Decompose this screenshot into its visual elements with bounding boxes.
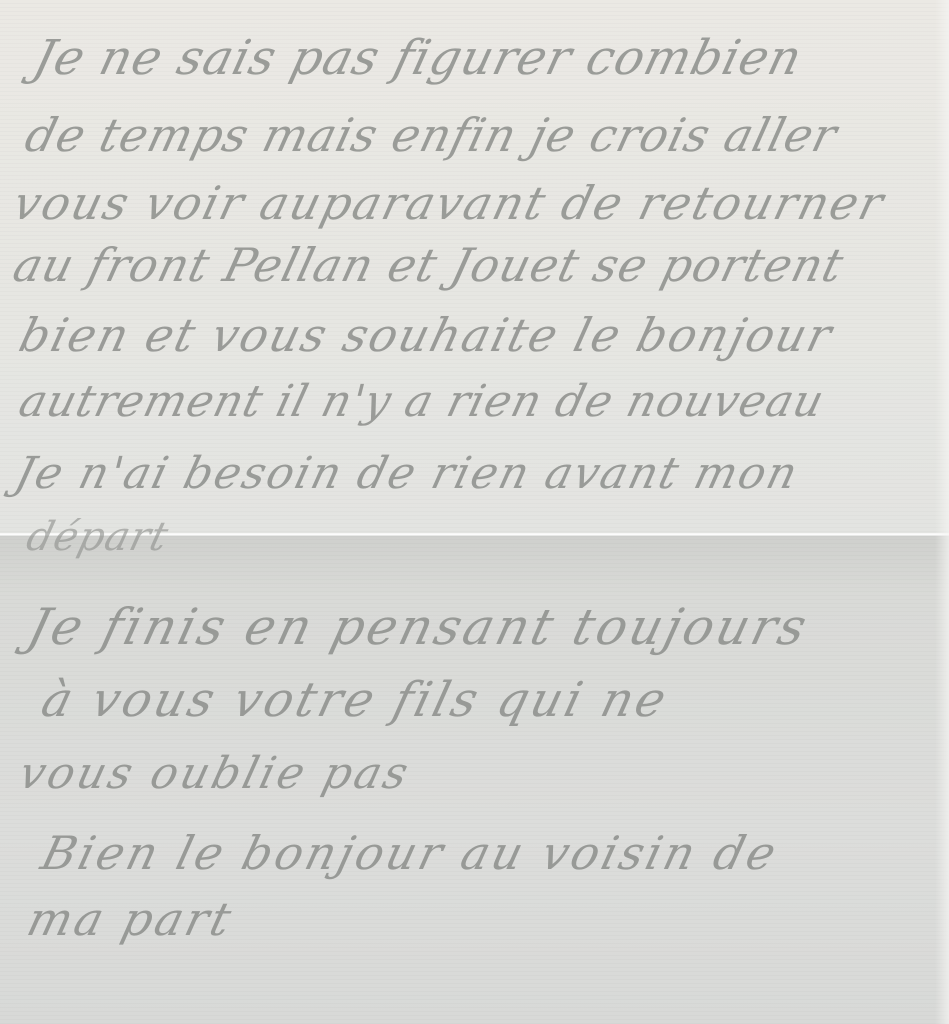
letter-line-5: bien et vous souhaite le bonjour	[14, 308, 839, 362]
letter-line-13: ma part	[22, 892, 239, 946]
letter-line-7: Je n'ai besoin de rien avant mon	[10, 448, 804, 499]
letter-line-12: Bien le bonjour au voisin de	[36, 826, 784, 880]
letter-line-2: de temps mais enfin je crois aller	[20, 108, 843, 162]
paper-edge	[935, 0, 949, 1024]
letter-line-9: Je finis en pensant toujours	[22, 598, 815, 656]
letter-line-11: vous oublie pas	[14, 748, 416, 799]
letter-line-10: à vous votre fils qui ne	[36, 672, 675, 728]
letter-page: Je ne sais pas figurer combien de temps …	[0, 0, 949, 1024]
letter-line-1: Je ne sais pas figurer combien	[28, 30, 808, 86]
letter-line-8: départ	[22, 514, 173, 560]
letter-line-3: vous voir auparavant de retourner	[8, 176, 891, 230]
letter-line-4: au front Pellan et Jouet se portent	[8, 238, 850, 292]
letter-line-6: autrement il n'y a rien de nouveau	[14, 376, 830, 427]
